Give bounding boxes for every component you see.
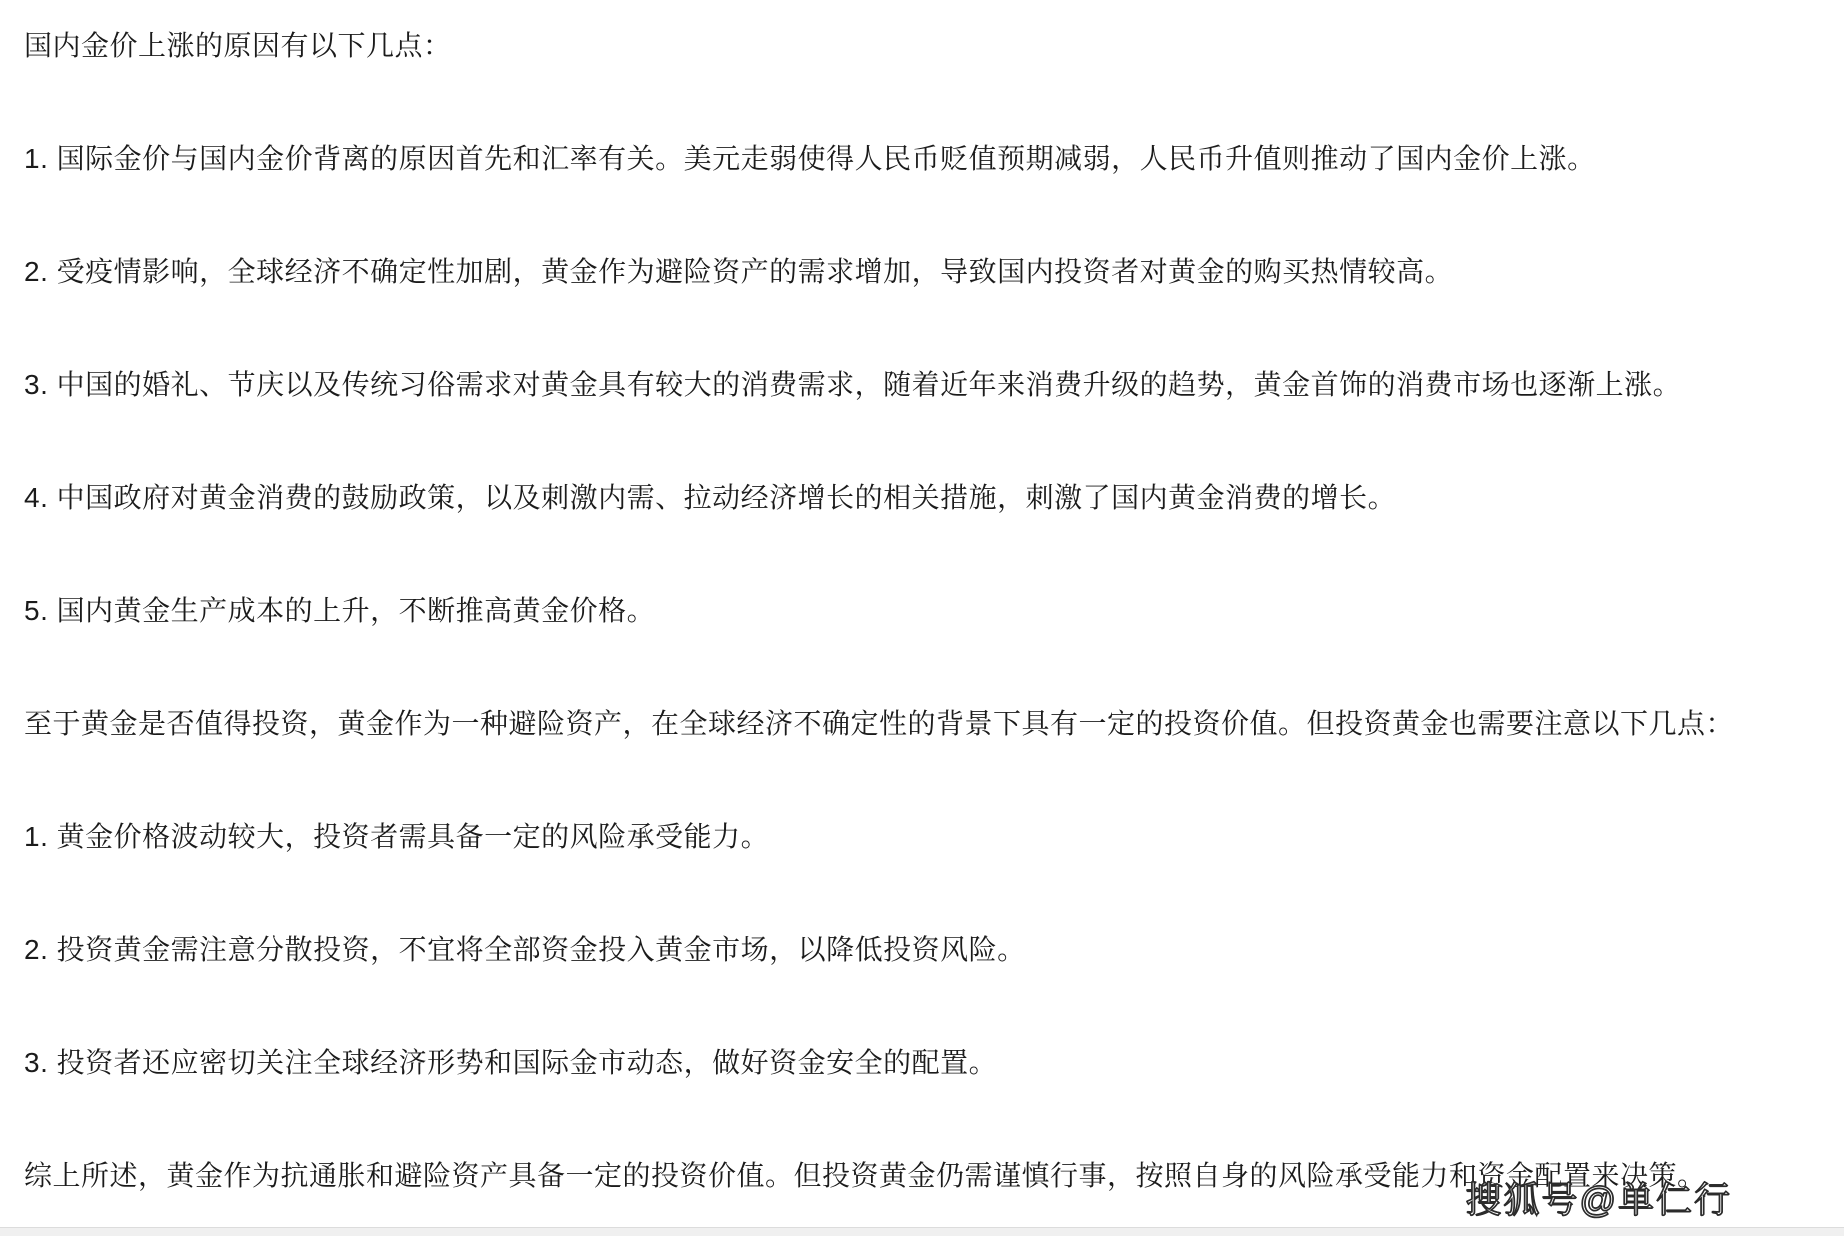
investment-note-2: 2. 投资黄金需注意分散投资，不宜将全部资金投入黄金市场，以降低投资风险。 [24,930,1820,970]
investment-note-3: 3. 投资者还应密切关注全球经济形势和国际金市动态，做好资金安全的配置。 [24,1043,1820,1083]
sohu-account-watermark: 搜狐号@单仁行 [1465,1172,1732,1223]
reason-item-3: 3. 中国的婚礼、节庆以及传统习俗需求对黄金具有较大的消费需求，随着近年来消费升… [24,365,1820,405]
reason-item-5: 5. 国内黄金生产成本的上升，不断推高黄金价格。 [24,591,1820,631]
intro-line: 国内金价上涨的原因有以下几点： [24,26,1820,66]
article-page: 国内金价上涨的原因有以下几点： 1. 国际金价与国内金价背离的原因首先和汇率有关… [0,0,1844,1236]
article-body: 国内金价上涨的原因有以下几点： 1. 国际金价与国内金价背离的原因首先和汇率有关… [0,0,1844,1196]
reason-item-4: 4. 中国政府对黄金消费的鼓励政策，以及刺激内需、拉动经济增长的相关措施，刺激了… [24,478,1820,518]
investment-note-1: 1. 黄金价格波动较大，投资者需具备一定的风险承受能力。 [24,817,1820,857]
bottom-bar [0,1227,1844,1236]
reason-item-1: 1. 国际金价与国内金价背离的原因首先和汇率有关。美元走弱使得人民币贬值预期减弱… [24,139,1820,179]
reason-item-2: 2. 受疫情影响，全球经济不确定性加剧，黄金作为避险资产的需求增加，导致国内投资… [24,252,1820,292]
investment-intro-line: 至于黄金是否值得投资，黄金作为一种避险资产，在全球经济不确定性的背景下具有一定的… [24,704,1820,744]
